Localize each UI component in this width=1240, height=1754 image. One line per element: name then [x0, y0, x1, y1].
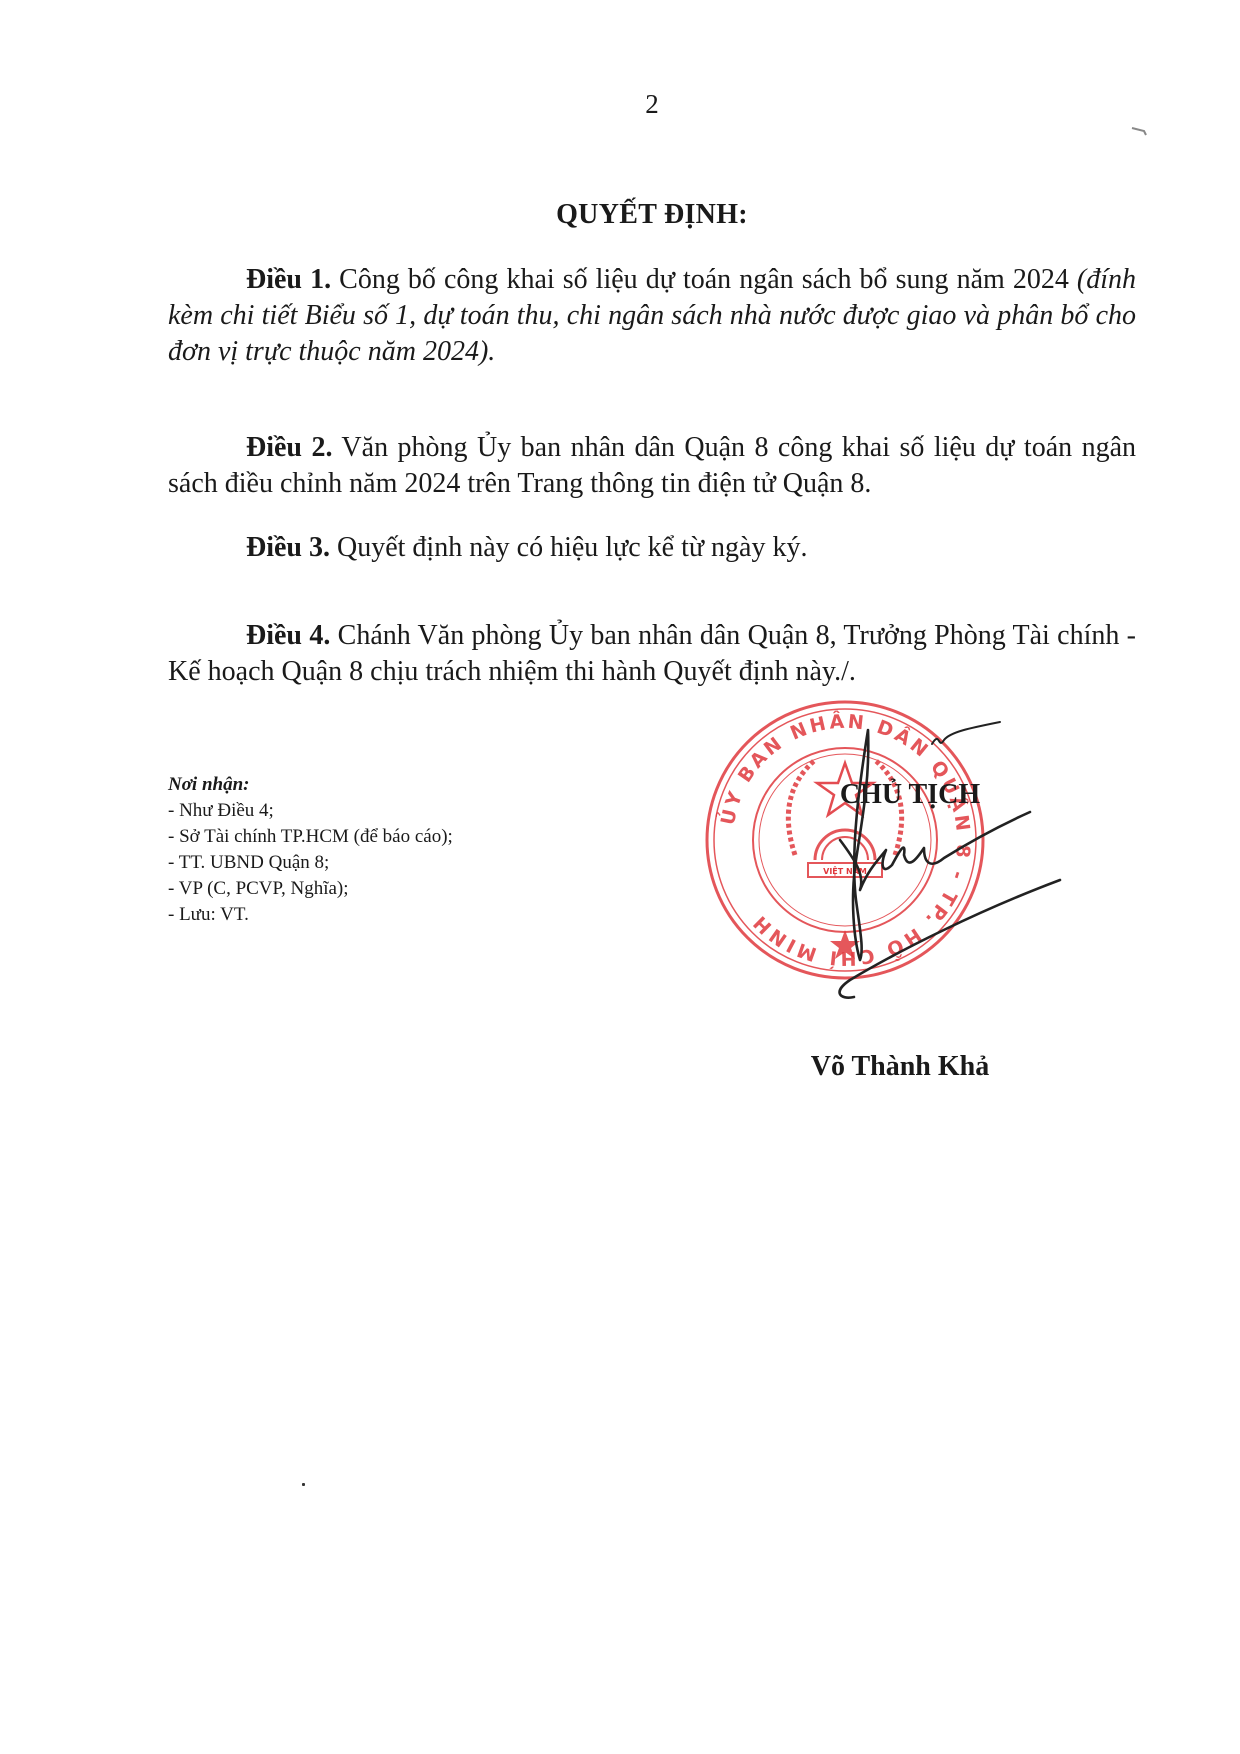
article-4-label: Điều 4.: [246, 620, 330, 651]
article-3: Điều 3. Quyết định này có hiệu lực kể từ…: [168, 530, 1136, 566]
scan-speck: [302, 1483, 305, 1486]
article-4: Điều 4. Chánh Văn phòng Ủy ban nhân dân …: [168, 618, 1136, 690]
recipient-item: - Sở Tài chính TP.HCM (để báo cáo);: [168, 824, 648, 850]
article-1-label: Điều 1.: [246, 264, 331, 295]
article-2: Điều 2. Văn phòng Ủy ban nhân dân Quận 8…: [168, 430, 1136, 502]
scan-mark-icon: [1130, 126, 1150, 138]
article-3-label: Điều 3.: [246, 532, 330, 563]
article-1: Điều 1. Công bố công khai số liệu dự toá…: [168, 262, 1136, 370]
article-2-label: Điều 2.: [246, 432, 332, 463]
decision-title: QUYẾT ĐỊNH:: [0, 198, 1240, 232]
handwritten-signature-icon: [820, 700, 1080, 1000]
article-3-text: Quyết định này có hiệu lực kể từ ngày ký…: [330, 532, 807, 563]
recipient-item: - Lưu: VT.: [168, 902, 648, 928]
recipient-item: - Như Điều 4;: [168, 798, 648, 824]
recipients-block: Nơi nhận: - Như Điều 4; - Sở Tài chính T…: [168, 772, 648, 928]
recipient-item: - VP (C, PCVP, Nghĩa);: [168, 876, 648, 902]
page-number: 2: [0, 88, 1240, 120]
signer-name: Võ Thành Khả: [730, 1050, 1070, 1084]
article-1-text: Công bố công khai số liệu dự toán ngân s…: [331, 264, 1077, 295]
recipients-list: - Như Điều 4; - Sở Tài chính TP.HCM (để …: [168, 798, 648, 928]
recipients-heading: Nơi nhận:: [168, 772, 648, 798]
recipient-item: - TT. UBND Quận 8;: [168, 850, 648, 876]
